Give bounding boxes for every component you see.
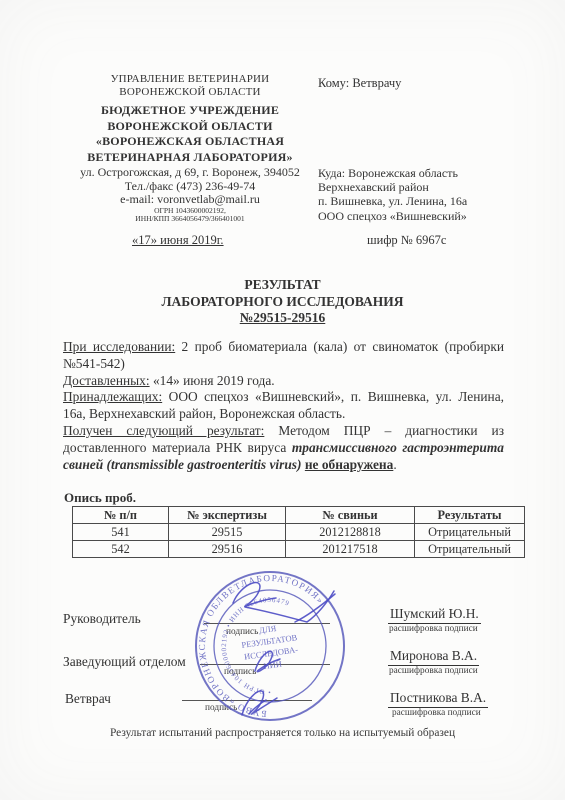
samples-table: № п/п № экспертизы № свиньи Результаты 5… (72, 506, 525, 558)
phone-line: Тел./факс (473) 236-49-74 (62, 180, 318, 194)
organization-name: БЮДЖЕТНОЕ УЧРЕЖДЕНИЕ ВОРОНЕЖСКОЙ ОБЛАСТИ… (62, 103, 318, 165)
paragraph-label: Доставленных: (63, 373, 150, 388)
org-line: ВЕТЕРИНАРНАЯ ЛАБОРАТОРИЯ» (62, 150, 318, 166)
title-line: РЕЗУЛЬТАТ (0, 277, 565, 294)
signature-stroke-director (233, 582, 276, 606)
org-line: ВОРОНЕЖСКОЙ ОБЛАСТИ (62, 119, 318, 135)
paragraph-owner: Принадлежащих: ООО спецхоз «Вишневский»,… (63, 389, 504, 423)
signature-role: Ветврач (65, 691, 111, 707)
signature-stroke-director (245, 591, 334, 622)
signature-stroke-head (255, 651, 280, 671)
email-line: e-mail: voronvetlab@mail.ru (62, 193, 318, 207)
paragraph-label: Получен следующий результат: (63, 423, 264, 438)
table-row: 542 29516 201217518 Отрицательный (73, 541, 525, 558)
result-conclusion: не обнаружена (305, 457, 393, 472)
signature-role: Руководитель (63, 611, 141, 627)
col-header: № свиньи (286, 507, 415, 524)
recipient-line: Куда: Воронежская область (318, 166, 467, 180)
recipient-address: Куда: Воронежская область Верхнехавский … (318, 166, 467, 223)
authority-line: УПРАВЛЕНИЕ ВЕТЕРИНАРИИ (62, 73, 318, 86)
inn-kpp-line: ИНН/КПП 3664056479/366401001 (62, 215, 318, 224)
table-row: 541 29515 2012128818 Отрицательный (73, 524, 525, 541)
title-number: №29515-29516 (0, 310, 565, 327)
paragraph-result: Получен следующий результат: Методом ПЦР… (63, 423, 504, 473)
document-date: «17» июня 2019г. (132, 233, 224, 248)
org-line: «ВОРОНЕЖСКАЯ ОБЛАСТНАЯ (62, 134, 318, 150)
signature-stroke-director (295, 594, 335, 622)
col-header: № п/п (73, 507, 169, 524)
document-title: РЕЗУЛЬТАТ ЛАБОРАТОРНОГО ИССЛЕДОВАНИЯ №29… (0, 277, 565, 327)
table-header-row: № п/п № экспертизы № свиньи Результаты (73, 507, 525, 524)
handwritten-signatures (145, 565, 435, 735)
paragraph-label: Принадлежащих: (63, 389, 162, 404)
document-page: УПРАВЛЕНИЕ ВЕТЕРИНАРИИ ВОРОНЕЖСКОЙ ОБЛАС… (0, 0, 565, 800)
title-line: ЛАБОРАТОРНОГО ИССЛЕДОВАНИЯ (0, 294, 565, 311)
authority-line: ВОРОНЕЖСКОЙ ОБЛАСТИ (62, 86, 318, 99)
org-line: БЮДЖЕТНОЕ УЧРЕЖДЕНИЕ (62, 103, 318, 119)
sender-address: ул. Острогожская, д 69, г. Воронеж, 3940… (62, 166, 318, 224)
samples-section-label: Опись проб. (64, 490, 136, 506)
sender-authority: УПРАВЛЕНИЕ ВЕТЕРИНАРИИ ВОРОНЕЖСКОЙ ОБЛАС… (62, 73, 318, 99)
recipient-line: ООО спецхоз «Вишневский» (318, 209, 467, 223)
paragraph-label: При исследовании: (63, 339, 175, 354)
address-line: ул. Острогожская, д 69, г. Воронеж, 3940… (62, 166, 318, 180)
body-text: При исследовании: 2 проб биоматериала (к… (63, 339, 504, 473)
cipher-number: шифр № 6967с (367, 233, 446, 248)
recipient-line: п. Вишневка, ул. Ленина, 16а (318, 194, 467, 208)
col-header: Результаты (415, 507, 525, 524)
signature-stroke-vet (242, 691, 277, 715)
recipient-line: Верхнехавский район (318, 180, 467, 194)
paragraph-examined: При исследовании: 2 проб биоматериала (к… (63, 339, 504, 373)
recipient-to: Кому: Ветврачу (318, 76, 401, 91)
paragraph-delivered: Доставленных: «14» июня 2019 года. (63, 373, 504, 390)
col-header: № экспертизы (169, 507, 286, 524)
